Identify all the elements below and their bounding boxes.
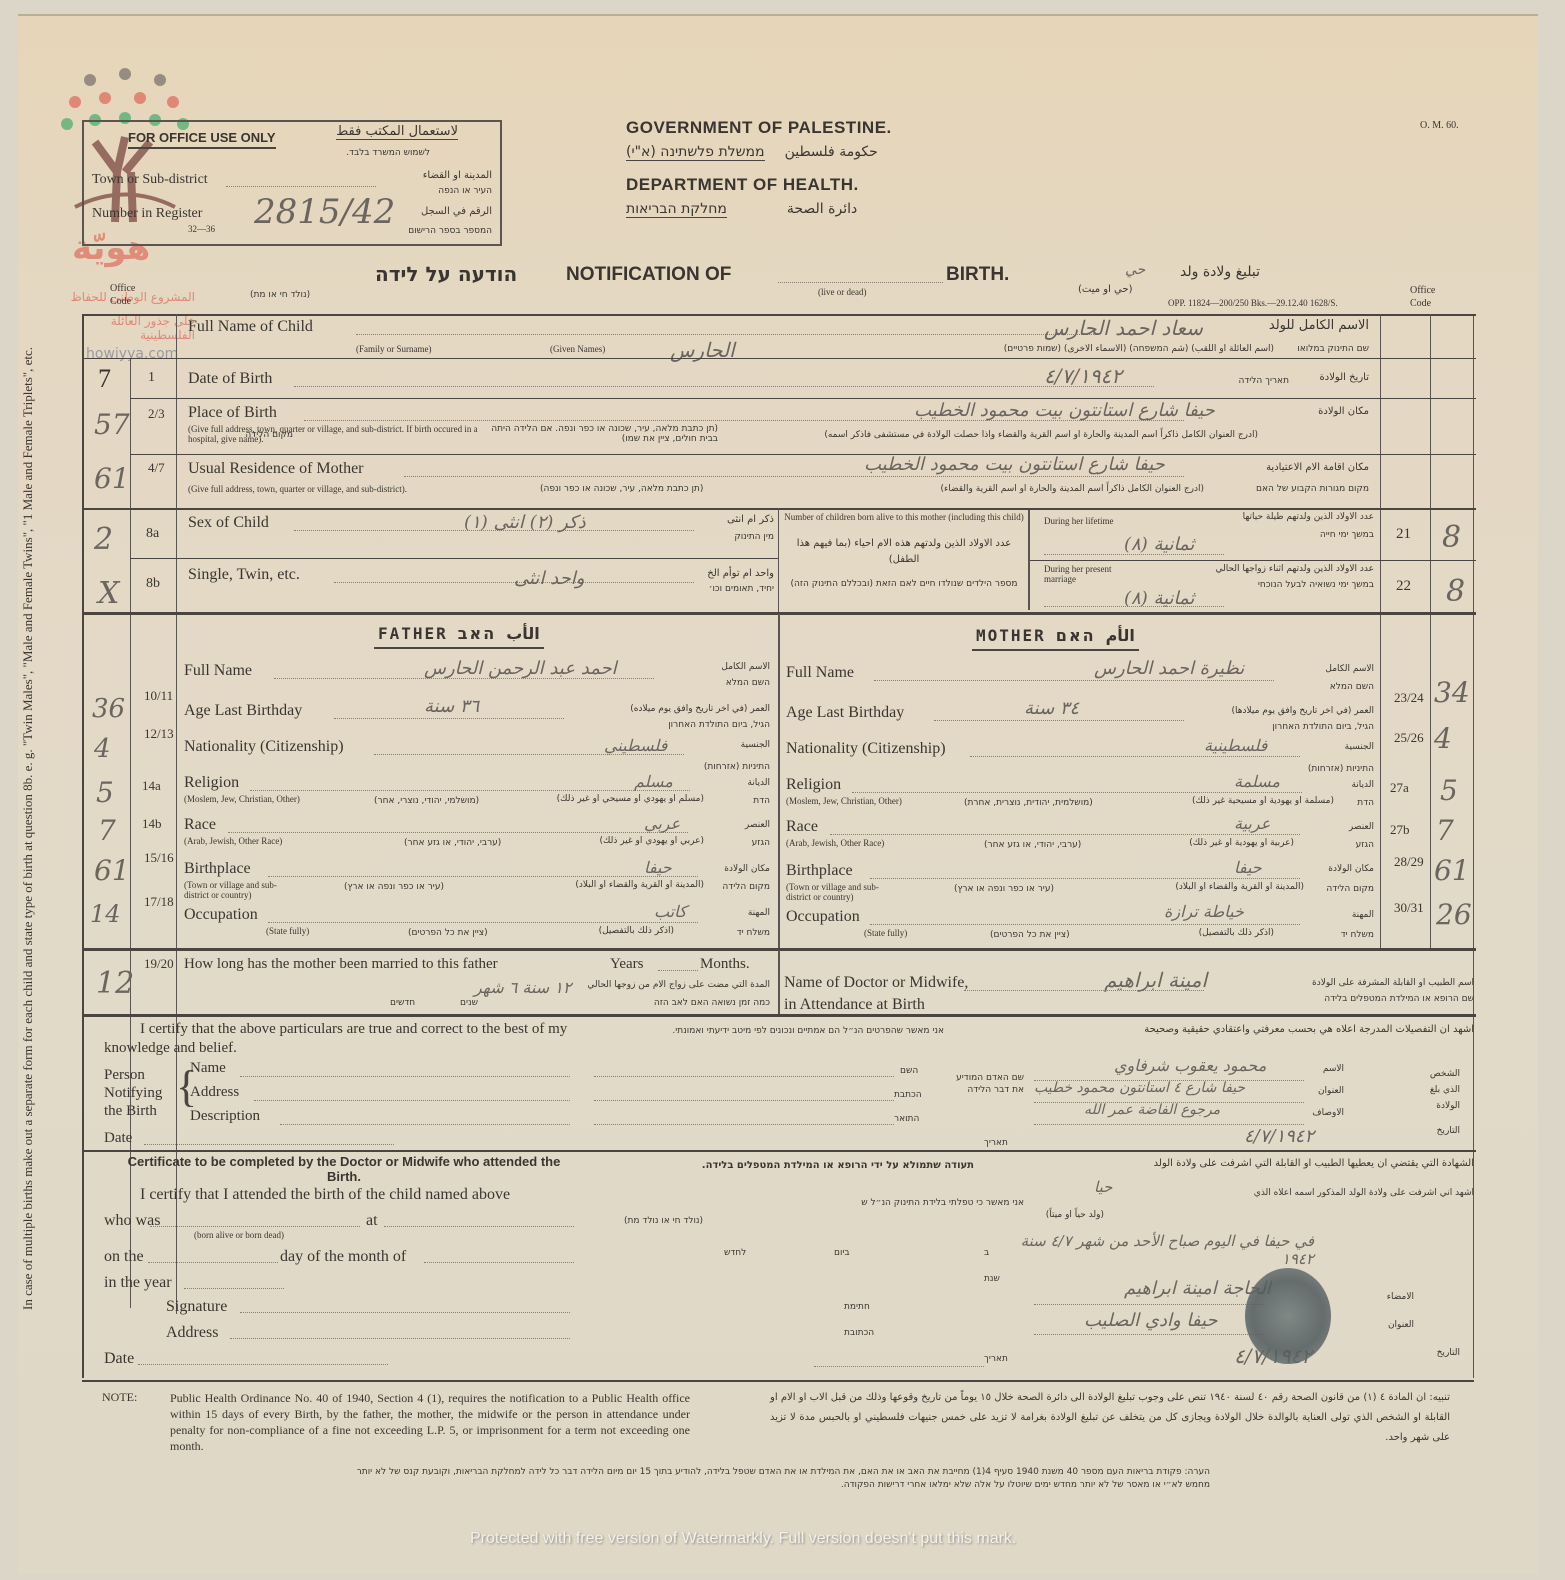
notifier-description-field[interactable] — [280, 1124, 570, 1125]
notifier-address-field[interactable] — [254, 1100, 570, 1101]
multiple-births-side-note: In case of multiple births make out a se… — [20, 140, 36, 1310]
born-alive-value[interactable]: حيا — [1094, 1178, 1112, 1196]
notifier-date-field[interactable] — [144, 1144, 394, 1145]
form-code: O. M. 60. — [1420, 120, 1459, 131]
mother-age-value[interactable]: ٣٤ سنة — [1024, 698, 1079, 719]
doctor-label: Name of Doctor or Midwife, in Attendance… — [784, 972, 974, 1016]
mother-name-value[interactable]: نظيرة احمد الحارس — [1094, 658, 1244, 679]
single-twin-value[interactable]: واحد انثى — [514, 568, 584, 589]
birth-day-field[interactable] — [148, 1262, 278, 1263]
town-field[interactable] — [226, 186, 376, 187]
father-race-value[interactable]: عربي — [644, 814, 680, 833]
live-value[interactable]: حي — [1125, 262, 1145, 278]
office-code-label-left: Office Code — [110, 282, 150, 308]
main-form-table: Full Name of Child (Family or Surname) (… — [82, 314, 1474, 1378]
doctor-address-value[interactable]: حيفا وادي الصليب — [1084, 1310, 1218, 1331]
children-count-label: Number of children born alive to this mo… — [784, 512, 1024, 522]
register-label: Number in Register — [92, 206, 202, 222]
doctor-signature-field[interactable] — [240, 1312, 570, 1313]
office-use-title: FOR OFFICE USE ONLY — [128, 130, 276, 149]
doctor-date-field[interactable] — [138, 1364, 388, 1365]
print-reference: OPP. 11824—200/250 Bks.—29.12.40 1628/S. — [1168, 298, 1338, 308]
father-name-value[interactable]: احمد عبد الرحمن الحارس — [424, 658, 617, 679]
father-nationality-value[interactable]: فلسطيني — [604, 736, 667, 755]
notifier-address-value[interactable]: حيفا شارع ٤ استانتون محمود خطيب — [1034, 1080, 1245, 1096]
notifier-name-value[interactable]: محمود يعقوب شرفاوي — [1114, 1056, 1266, 1075]
father-religion-value[interactable]: مسلم — [634, 772, 673, 791]
live-or-dead-field[interactable] — [778, 282, 943, 283]
government-header: GOVERNMENT OF PALESTINE. ממשלת פלשתינה (… — [626, 118, 946, 218]
mother-residence-value[interactable]: حيفا شارع استانتون بيت محمود الخطيب — [864, 454, 1165, 475]
department-title: DEPARTMENT OF HEALTH. — [626, 175, 946, 195]
certificate-title: Certificate to be completed by the Docto… — [124, 1154, 564, 1184]
title-english: NOTIFICATION OF — [566, 264, 731, 286]
mother-religion-value[interactable]: مسلمة — [1234, 772, 1280, 791]
marriage-duration-label: How long has the mother been married to … — [184, 956, 498, 973]
place-of-birth-label: Place of Birth — [188, 404, 277, 422]
birth-date-line-value[interactable]: في حيفا في اليوم صباح الأحد من شهر ٤/٧ س… — [984, 1232, 1314, 1268]
title-arabic: تبليغ ولادة ولد — [1180, 264, 1260, 280]
mother-heading: MOTHER האם الأم — [972, 626, 1139, 651]
children-lifetime-value[interactable]: ثمانية (٨) — [1124, 534, 1194, 555]
note-text-ar: تنبيه: ان المادة ٤ (١) من قانون الصحة رق… — [770, 1388, 1450, 1448]
father-birthplace-value[interactable]: حيفا — [644, 858, 672, 877]
register-number-value[interactable]: 2815/42 — [254, 192, 395, 232]
date-of-birth-label: Date of Birth — [188, 370, 272, 388]
child-name-label: Full Name of Child — [188, 318, 313, 336]
children-marriage-value[interactable]: ثمانية (٨) — [1124, 588, 1194, 609]
mother-nationality-value[interactable]: فلسطينية — [1204, 736, 1267, 755]
note-text-he: הערה: פקודת בריאות העם מספר 40 משנת 1940… — [330, 1466, 1210, 1492]
sex-label: Sex of Child — [188, 514, 269, 532]
single-twin-label: Single, Twin, etc. — [188, 566, 300, 584]
doctor-name-value[interactable]: امينة ابراهيم — [1104, 968, 1207, 992]
sex-value[interactable]: (١) ذكر (٢) انثى — [464, 512, 586, 533]
doctor-address-field[interactable] — [230, 1338, 570, 1339]
office-use-box: FOR OFFICE USE ONLY لاستعمال المكتب فقط … — [82, 120, 502, 246]
person-notifying-label: Person Notifying the Birth — [104, 1066, 180, 1120]
father-occupation-value[interactable]: كاتب — [654, 902, 687, 921]
father-age-value[interactable]: ٣٦ سنة — [424, 696, 479, 717]
mother-residence-label: Usual Residence of Mother — [188, 460, 364, 478]
mother-birthplace-value[interactable]: حيفا — [1234, 858, 1262, 877]
birth-place-field[interactable] — [384, 1226, 574, 1227]
date-of-birth-value[interactable]: ٤/٧/١٩٤٢ — [1044, 364, 1122, 388]
birth-year-field[interactable] — [184, 1288, 284, 1289]
notifier-description-value[interactable]: مرجوع الفاضة عمر الله — [1084, 1102, 1220, 1118]
official-stamp-icon — [1245, 1268, 1331, 1364]
watermark-notice: Protected with free version of Watermark… — [470, 1530, 1016, 1548]
title-hebrew: הודעה על לידה — [375, 262, 517, 286]
mother-race-value[interactable]: عربية — [1234, 814, 1270, 833]
mother-occupation-value[interactable]: خياطة ترازة — [1164, 902, 1244, 921]
town-label: Town or Sub-district — [92, 172, 208, 188]
office-code-label-right: Office Code — [1410, 284, 1450, 310]
place-of-birth-value[interactable]: حيفا شارع استانتون بيت محمود الخطيب — [914, 400, 1215, 421]
notifier-date-value[interactable]: ٤/٧/١٩٤٢ — [1244, 1126, 1314, 1147]
father-heading: FATHER האב الأب — [374, 624, 544, 649]
born-alive-field[interactable] — [150, 1226, 360, 1227]
birth-month-field[interactable] — [424, 1262, 574, 1263]
note-text-en: Public Health Ordinance No. 40 of 1940, … — [170, 1390, 690, 1454]
certify-text: I certify that the above particulars are… — [104, 1020, 574, 1058]
government-title: GOVERNMENT OF PALESTINE. — [626, 118, 946, 138]
office-use-title-ar: لاستعمال المكتب فقط — [336, 124, 458, 140]
notifier-name-field[interactable] — [240, 1076, 570, 1077]
child-name-value[interactable]: سعاد احمد الحارس — [1044, 316, 1203, 340]
note-label: NOTE: — [102, 1390, 137, 1405]
